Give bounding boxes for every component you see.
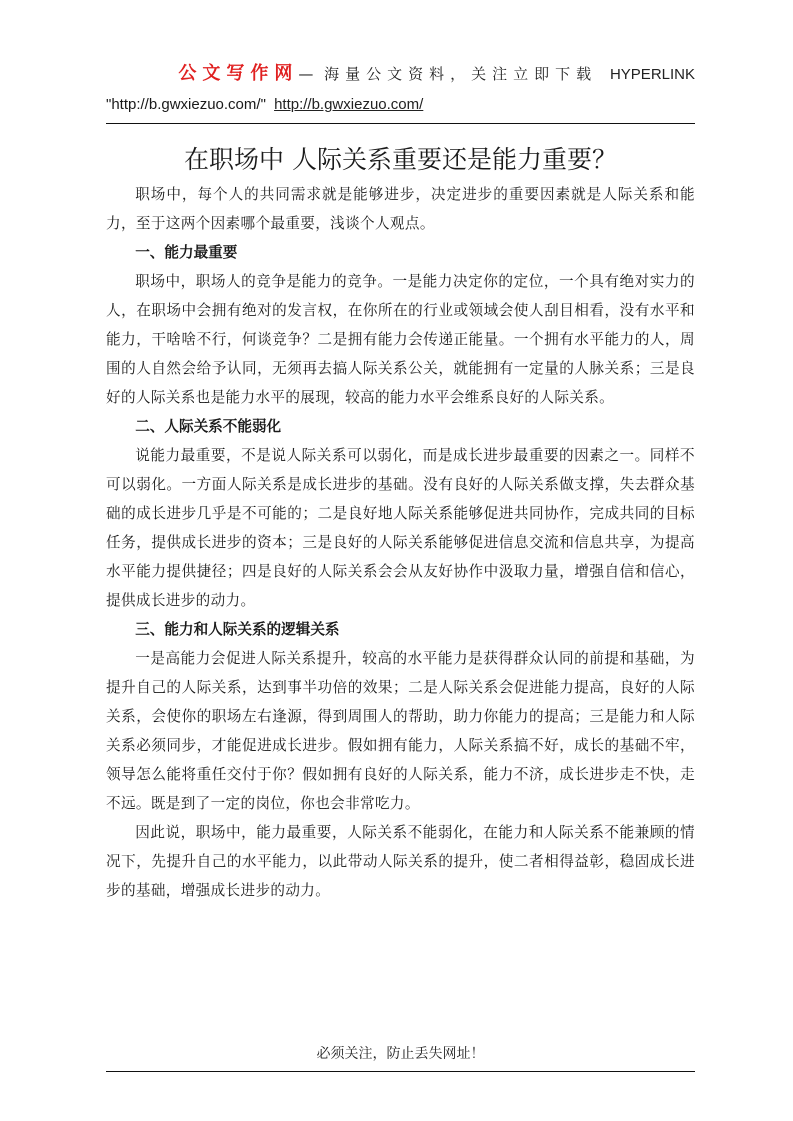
header-tagline: 海量公文资料，关注立即下载 — [324, 65, 597, 83]
site-link[interactable]: http://b.gwxiezuo.com/ — [274, 96, 423, 113]
section-body-1: 职场中，职场人的竞争是能力的竞争。一是能力决定你的定位，一个具有绝对实力的人，在… — [106, 267, 695, 412]
header-divider — [106, 123, 695, 124]
header-banner: 公文写作网— 海量公文资料，关注立即下载 HYPERLINK — [106, 58, 695, 90]
conclusion-paragraph: 因此说，职场中，能力最重要，人际关系不能弱化，在能力和人际关系不能兼顾的情况下，… — [106, 818, 695, 905]
header-dash: — — [298, 65, 319, 83]
hyperlink-field-url: "http://b.gwxiezuo.com/" — [106, 96, 266, 113]
section-heading-1: 一、能力最重要 — [106, 238, 695, 267]
intro-paragraph: 职场中，每个人的共同需求就是能够进步，决定进步的重要因素就是人际关系和能力，至于… — [106, 180, 695, 238]
section-body-3: 一是高能力会促进人际关系提升，较高的水平能力是获得群众认同的前提和基础，为提升自… — [106, 644, 695, 818]
footer-divider — [106, 1071, 695, 1072]
document-title: 在职场中 人际关系重要还是能力重要？ — [106, 140, 695, 180]
header-link-line: "http://b.gwxiezuo.com/" http://b.gwxiez… — [106, 90, 695, 120]
section-body-2: 说能力最重要，不是说人际关系可以弱化，而是成长进步最重要的因素之一。同样不可以弱… — [106, 441, 695, 615]
brand-name: 公文写作网 — [178, 63, 298, 84]
document-page: 公文写作网— 海量公文资料，关注立即下载 HYPERLINK "http://b… — [106, 0, 695, 1121]
footer-note: 必须关注，防止丢失网址！ — [106, 1042, 695, 1066]
document-body: 职场中，每个人的共同需求就是能够进步，决定进步的重要因素就是人际关系和能力，至于… — [106, 180, 695, 905]
section-heading-2: 二、人际关系不能弱化 — [106, 412, 695, 441]
section-heading-3: 三、能力和人际关系的逻辑关系 — [106, 615, 695, 644]
page-header: 公文写作网— 海量公文资料，关注立即下载 HYPERLINK "http://b… — [106, 58, 695, 120]
hyperlink-field-code: HYPERLINK — [610, 66, 695, 83]
